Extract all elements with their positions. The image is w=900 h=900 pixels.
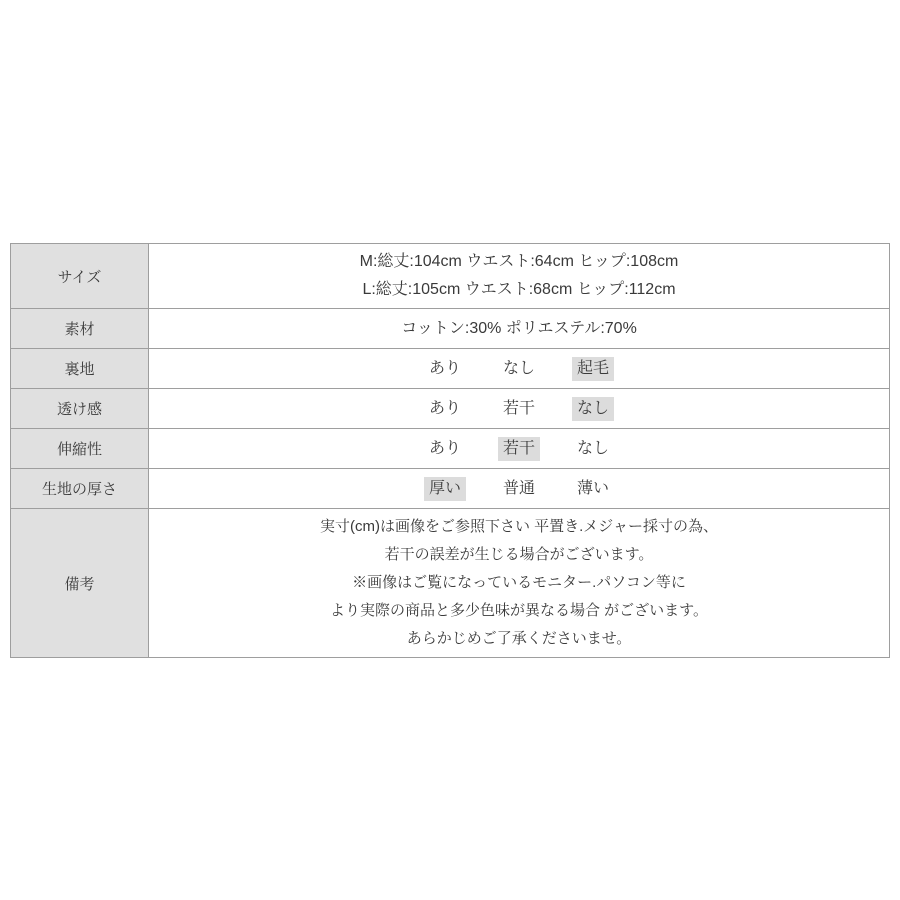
spec-row-size: サイズM:総丈:104cm ウエスト:64cm ヒップ:108cmL:総丈:10… [11, 244, 890, 309]
option-stretch-2: なし [572, 437, 614, 461]
text-line-remarks-3: より実際の商品と多少色味が異なる場合 がございます。 [155, 597, 883, 625]
row-value-size: M:総丈:104cm ウエスト:64cm ヒップ:108cmL:総丈:105cm… [149, 244, 890, 309]
text-line-size-1: L:総丈:105cm ウエスト:68cm ヒップ:112cm [155, 276, 883, 304]
option-selected-sheerness: なし [572, 397, 614, 421]
option-group-lining: ありなし起毛 [155, 357, 883, 381]
row-value-stretch: あり若干なし [149, 429, 890, 469]
option-selected-thickness: 厚い [424, 477, 466, 501]
row-label-material: 素材 [11, 309, 149, 349]
row-label-size: サイズ [11, 244, 149, 309]
text-line-remarks-2: ※画像はご覧になっているモニター.パソコン等に [155, 569, 883, 597]
row-label-sheerness: 透け感 [11, 389, 149, 429]
spec-row-stretch: 伸縮性あり若干なし [11, 429, 890, 469]
option-sheerness-0: あり [424, 397, 466, 421]
text-line-size-0: M:総丈:104cm ウエスト:64cm ヒップ:108cm [155, 248, 883, 276]
text-line-material-0: コットン:30% ポリエステル:70% [155, 315, 883, 343]
option-selected-lining: 起毛 [572, 357, 614, 381]
spec-row-material: 素材コットン:30% ポリエステル:70% [11, 309, 890, 349]
product-spec-page: サイズM:総丈:104cm ウエスト:64cm ヒップ:108cmL:総丈:10… [0, 0, 900, 900]
row-label-thickness: 生地の厚さ [11, 469, 149, 509]
text-line-remarks-1: 若干の誤差が生じる場合がございます。 [155, 541, 883, 569]
option-lining-1: なし [498, 357, 540, 381]
row-value-remarks: 実寸(cm)は画像をご参照下さい 平置き.メジャー採寸の為、若干の誤差が生じる場… [149, 509, 890, 658]
row-value-material: コットン:30% ポリエステル:70% [149, 309, 890, 349]
option-thickness-2: 薄い [572, 477, 614, 501]
option-group-stretch: あり若干なし [155, 437, 883, 461]
spec-row-lining: 裏地ありなし起毛 [11, 349, 890, 389]
text-line-remarks-0: 実寸(cm)は画像をご参照下さい 平置き.メジャー採寸の為、 [155, 513, 883, 541]
text-line-remarks-4: あらかじめご了承くださいませ。 [155, 625, 883, 653]
row-label-remarks: 備考 [11, 509, 149, 658]
row-value-thickness: 厚い普通薄い [149, 469, 890, 509]
spec-row-thickness: 生地の厚さ厚い普通薄い [11, 469, 890, 509]
option-thickness-1: 普通 [498, 477, 540, 501]
row-label-stretch: 伸縮性 [11, 429, 149, 469]
option-stretch-0: あり [424, 437, 466, 461]
option-group-sheerness: あり若干なし [155, 397, 883, 421]
product-spec-table: サイズM:総丈:104cm ウエスト:64cm ヒップ:108cmL:総丈:10… [10, 243, 890, 658]
option-lining-0: あり [424, 357, 466, 381]
spec-table-body: サイズM:総丈:104cm ウエスト:64cm ヒップ:108cmL:総丈:10… [11, 244, 890, 658]
spec-row-remarks: 備考実寸(cm)は画像をご参照下さい 平置き.メジャー採寸の為、若干の誤差が生じ… [11, 509, 890, 658]
row-value-lining: ありなし起毛 [149, 349, 890, 389]
row-value-sheerness: あり若干なし [149, 389, 890, 429]
option-sheerness-1: 若干 [498, 397, 540, 421]
option-group-thickness: 厚い普通薄い [155, 477, 883, 501]
option-selected-stretch: 若干 [498, 437, 540, 461]
row-label-lining: 裏地 [11, 349, 149, 389]
spec-row-sheerness: 透け感あり若干なし [11, 389, 890, 429]
